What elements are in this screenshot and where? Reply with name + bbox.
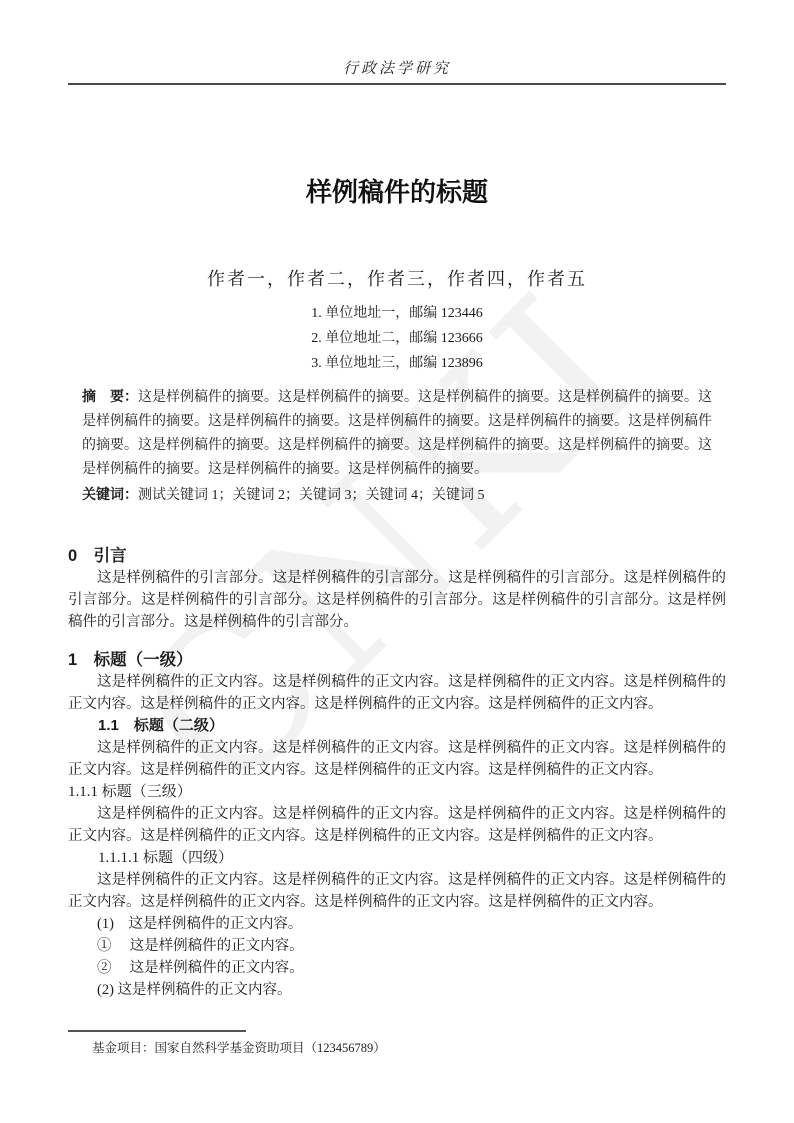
keywords-text: 测试关键词 1；关键词 2；关键词 3；关键词 4；关键词 5	[138, 488, 485, 503]
section-paragraph: 这是样例稿件的正文内容。这是样例稿件的正文内容。这是样例稿件的正文内容。这是样例…	[68, 869, 726, 913]
section-paragraph: 这是样例稿件的正文内容。这是样例稿件的正文内容。这是样例稿件的正文内容。这是样例…	[68, 803, 726, 847]
section-paragraph: 这是样例稿件的正文内容。这是样例稿件的正文内容。这是样例稿件的正文内容。这是样例…	[68, 671, 726, 715]
author-line: 作者一，作者二，作者三，作者四，作者五	[68, 266, 726, 292]
section-heading-level1: 1 标题（一级）	[68, 649, 726, 671]
abstract-label: 摘 要：	[82, 388, 138, 404]
section-paragraph: 这是样例稿件的正文内容。这是样例稿件的正文内容。这是样例稿件的正文内容。这是样例…	[68, 737, 726, 781]
section-heading-level2: 1.1 标题（二级）	[68, 715, 726, 737]
article-title: 样例稿件的标题	[68, 175, 726, 209]
affiliation-line: 1. 单位地址一，邮编 123446	[68, 301, 726, 326]
section-paragraph: 这是样例稿件的引言部分。这是样例稿件的引言部分。这是样例稿件的引言部分。这是样例…	[68, 567, 726, 633]
section-level2: 1.1 标题（二级） 这是样例稿件的正文内容。这是样例稿件的正文内容。这是样例稿…	[68, 715, 726, 781]
affiliation-line: 2. 单位地址二，邮编 123666	[68, 326, 726, 351]
section-level3: 1.1.1 标题（三级） 这是样例稿件的正文内容。这是样例稿件的正文内容。这是样…	[68, 781, 726, 847]
journal-name: 行政法学研究	[343, 61, 451, 77]
affiliation-list: 1. 单位地址一，邮编 123446 2. 单位地址二，邮编 123666 3.…	[68, 301, 726, 376]
list-item: (1) 这是样例稿件的正文内容。	[68, 913, 726, 935]
section-heading-level4: 1.1.1.1 标题（四级）	[68, 847, 726, 869]
list-item: (2) 这是样例稿件的正文内容。	[68, 979, 726, 1001]
list-item: ① 这是样例稿件的正文内容。	[68, 935, 726, 957]
keywords-label: 关键词：	[82, 486, 138, 502]
section-heading-level3: 1.1.1 标题（三级）	[68, 781, 726, 803]
funding-note: 基金项目：国家自然科学基金资助项目（123456789）	[68, 1039, 726, 1057]
footnote-area: 基金项目：国家自然科学基金资助项目（123456789）	[68, 1030, 726, 1057]
page-content: 行政法学研究 样例稿件的标题 作者一，作者二，作者三，作者四，作者五 1. 单位…	[0, 0, 794, 1001]
section-level4: 1.1.1.1 标题（四级） 这是样例稿件的正文内容。这是样例稿件的正文内容。这…	[68, 847, 726, 913]
section-level1: 1 标题（一级） 这是样例稿件的正文内容。这是样例稿件的正文内容。这是样例稿件的…	[68, 649, 726, 715]
section-heading-intro: 0 引言	[68, 545, 726, 567]
numbered-list: (1) 这是样例稿件的正文内容。 ① 这是样例稿件的正文内容。 ② 这是样例稿件…	[68, 913, 726, 1001]
manuscript-page: { "header": { "journal_name": "行政法学研究" }…	[0, 0, 794, 1123]
footnote-divider	[68, 1030, 246, 1032]
section-introduction: 0 引言 这是样例稿件的引言部分。这是样例稿件的引言部分。这是样例稿件的引言部分…	[68, 545, 726, 633]
running-header: 行政法学研究	[68, 0, 726, 85]
affiliation-line: 3. 单位地址三，邮编 123896	[68, 351, 726, 376]
list-item: ② 这是样例稿件的正文内容。	[68, 957, 726, 979]
abstract: 摘 要：这是样例稿件的摘要。这是样例稿件的摘要。这是样例稿件的摘要。这是样例稿件…	[68, 384, 726, 482]
abstract-text: 这是样例稿件的摘要。这是样例稿件的摘要。这是样例稿件的摘要。这是样例稿件的摘要。…	[82, 390, 712, 477]
keywords: 关键词：测试关键词 1；关键词 2；关键词 3；关键词 4；关键词 5	[68, 482, 726, 508]
